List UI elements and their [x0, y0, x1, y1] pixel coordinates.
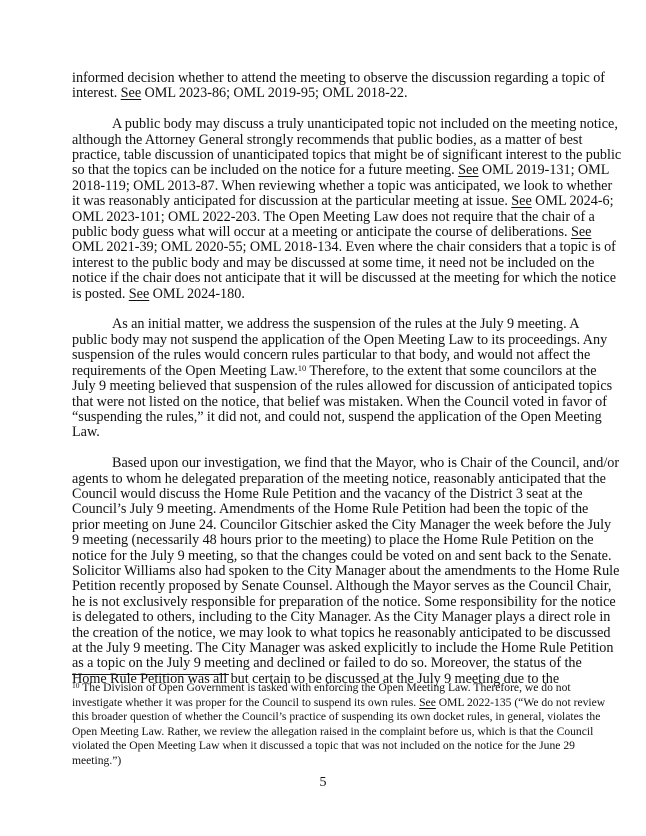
- text-line: notice for the July 9 meeting, so that t…: [72, 549, 572, 564]
- text-line: public body guess what will occur at a m…: [72, 225, 572, 240]
- text-line: is posted. See OML 2024-180.: [72, 287, 572, 302]
- text-line: this broader question of whether the Cou…: [72, 710, 572, 725]
- text-line: although the Attorney General strongly r…: [72, 133, 572, 148]
- text-line: agents to whom he delegated preparation …: [72, 472, 572, 487]
- text-line: informed decision whether to attend the …: [72, 71, 572, 86]
- text-line: Law.: [72, 425, 572, 440]
- text-line: suspension of the rules would concern ru…: [72, 348, 572, 363]
- citation-signal: See: [419, 696, 436, 709]
- footnote-divider: [72, 674, 229, 675]
- footnote-10: 10 The Division of Open Government is ta…: [72, 681, 572, 769]
- text-line: Petition recently proposed by Senate Cou…: [72, 579, 572, 594]
- text-line: requirements of the Open Meeting Law.10 …: [72, 364, 572, 379]
- text-line: meeting.”): [72, 754, 572, 769]
- text-line: violated the Open Meeting Law when it di…: [72, 739, 572, 754]
- paragraph-2: A public body may discuss a truly unanti…: [72, 117, 572, 302]
- paragraph-1: informed decision whether to attend the …: [72, 71, 572, 102]
- text-line: as a topic on the July 9 meeting and dec…: [72, 656, 572, 671]
- text-line: 9 meeting (necessarily 48 hours prior to…: [72, 533, 572, 548]
- text-line: he is not exclusively responsible for pr…: [72, 595, 572, 610]
- text-line: Council’s July 9 meeting. Amendments of …: [72, 502, 572, 517]
- text-line: “suspending the rules,” it did not, and …: [72, 410, 572, 425]
- text-line: As an initial matter, we address the sus…: [72, 317, 572, 332]
- text-line: 10 The Division of Open Government is ta…: [72, 681, 572, 696]
- text-line: prior meeting on June 24. Councilor Gits…: [72, 518, 572, 533]
- document-body: informed decision whether to attend the …: [72, 71, 572, 703]
- page-number: 5: [0, 775, 646, 791]
- text-line: 2018-119; OML 2013-87. When reviewing wh…: [72, 179, 572, 194]
- text-line: at the July 9 meeting. The City Manager …: [72, 641, 572, 656]
- text-line: it was reasonably anticipated for discus…: [72, 194, 572, 209]
- paragraph-3: As an initial matter, we address the sus…: [72, 317, 572, 440]
- text-line: that were not listed on the notice, that…: [72, 395, 572, 410]
- text-line: OML 2021-39; OML 2020-55; OML 2018-134. …: [72, 240, 572, 255]
- footnote-reference[interactable]: 10: [72, 681, 80, 690]
- citation-signal: See: [121, 85, 142, 101]
- text-line: notice if the chair does not anticipate …: [72, 271, 572, 286]
- text-line: July 9 meeting believed that suspension …: [72, 379, 572, 394]
- text-line: Open Meeting Law. Rather, we review the …: [72, 725, 572, 740]
- text-line: Council would discuss the Home Rule Peti…: [72, 487, 572, 502]
- text-line: OML 2023-101; OML 2022-203. The Open Mee…: [72, 210, 572, 225]
- citation-signal: See: [458, 162, 479, 178]
- footnote-reference[interactable]: 10: [298, 363, 307, 373]
- text-line: the creation of the notice, we may look …: [72, 626, 572, 641]
- text-line: practice, table discussion of unanticipa…: [72, 148, 572, 163]
- citation-signal: See: [511, 193, 532, 209]
- text-line: investigate whether it was proper for th…: [72, 696, 572, 711]
- text-line: so that the topics can be included on th…: [72, 163, 572, 178]
- text-line: is delegated to others, including to the…: [72, 610, 572, 625]
- text-line: public body may not suspend the applicat…: [72, 333, 572, 348]
- citation-signal: See: [129, 286, 150, 302]
- text-line: interest. See OML 2023-86; OML 2019-95; …: [72, 86, 572, 101]
- citation-signal: See: [571, 224, 592, 240]
- paragraph-4: Based upon our investigation, we find th…: [72, 456, 572, 687]
- footnotes-section: 10 The Division of Open Government is ta…: [72, 681, 572, 769]
- text-line: Based upon our investigation, we find th…: [72, 456, 572, 471]
- text-line: Solicitor Williams also had spoken to th…: [72, 564, 572, 579]
- text-line: A public body may discuss a truly unanti…: [72, 117, 572, 132]
- text-line: interest to the public body and may be d…: [72, 256, 572, 271]
